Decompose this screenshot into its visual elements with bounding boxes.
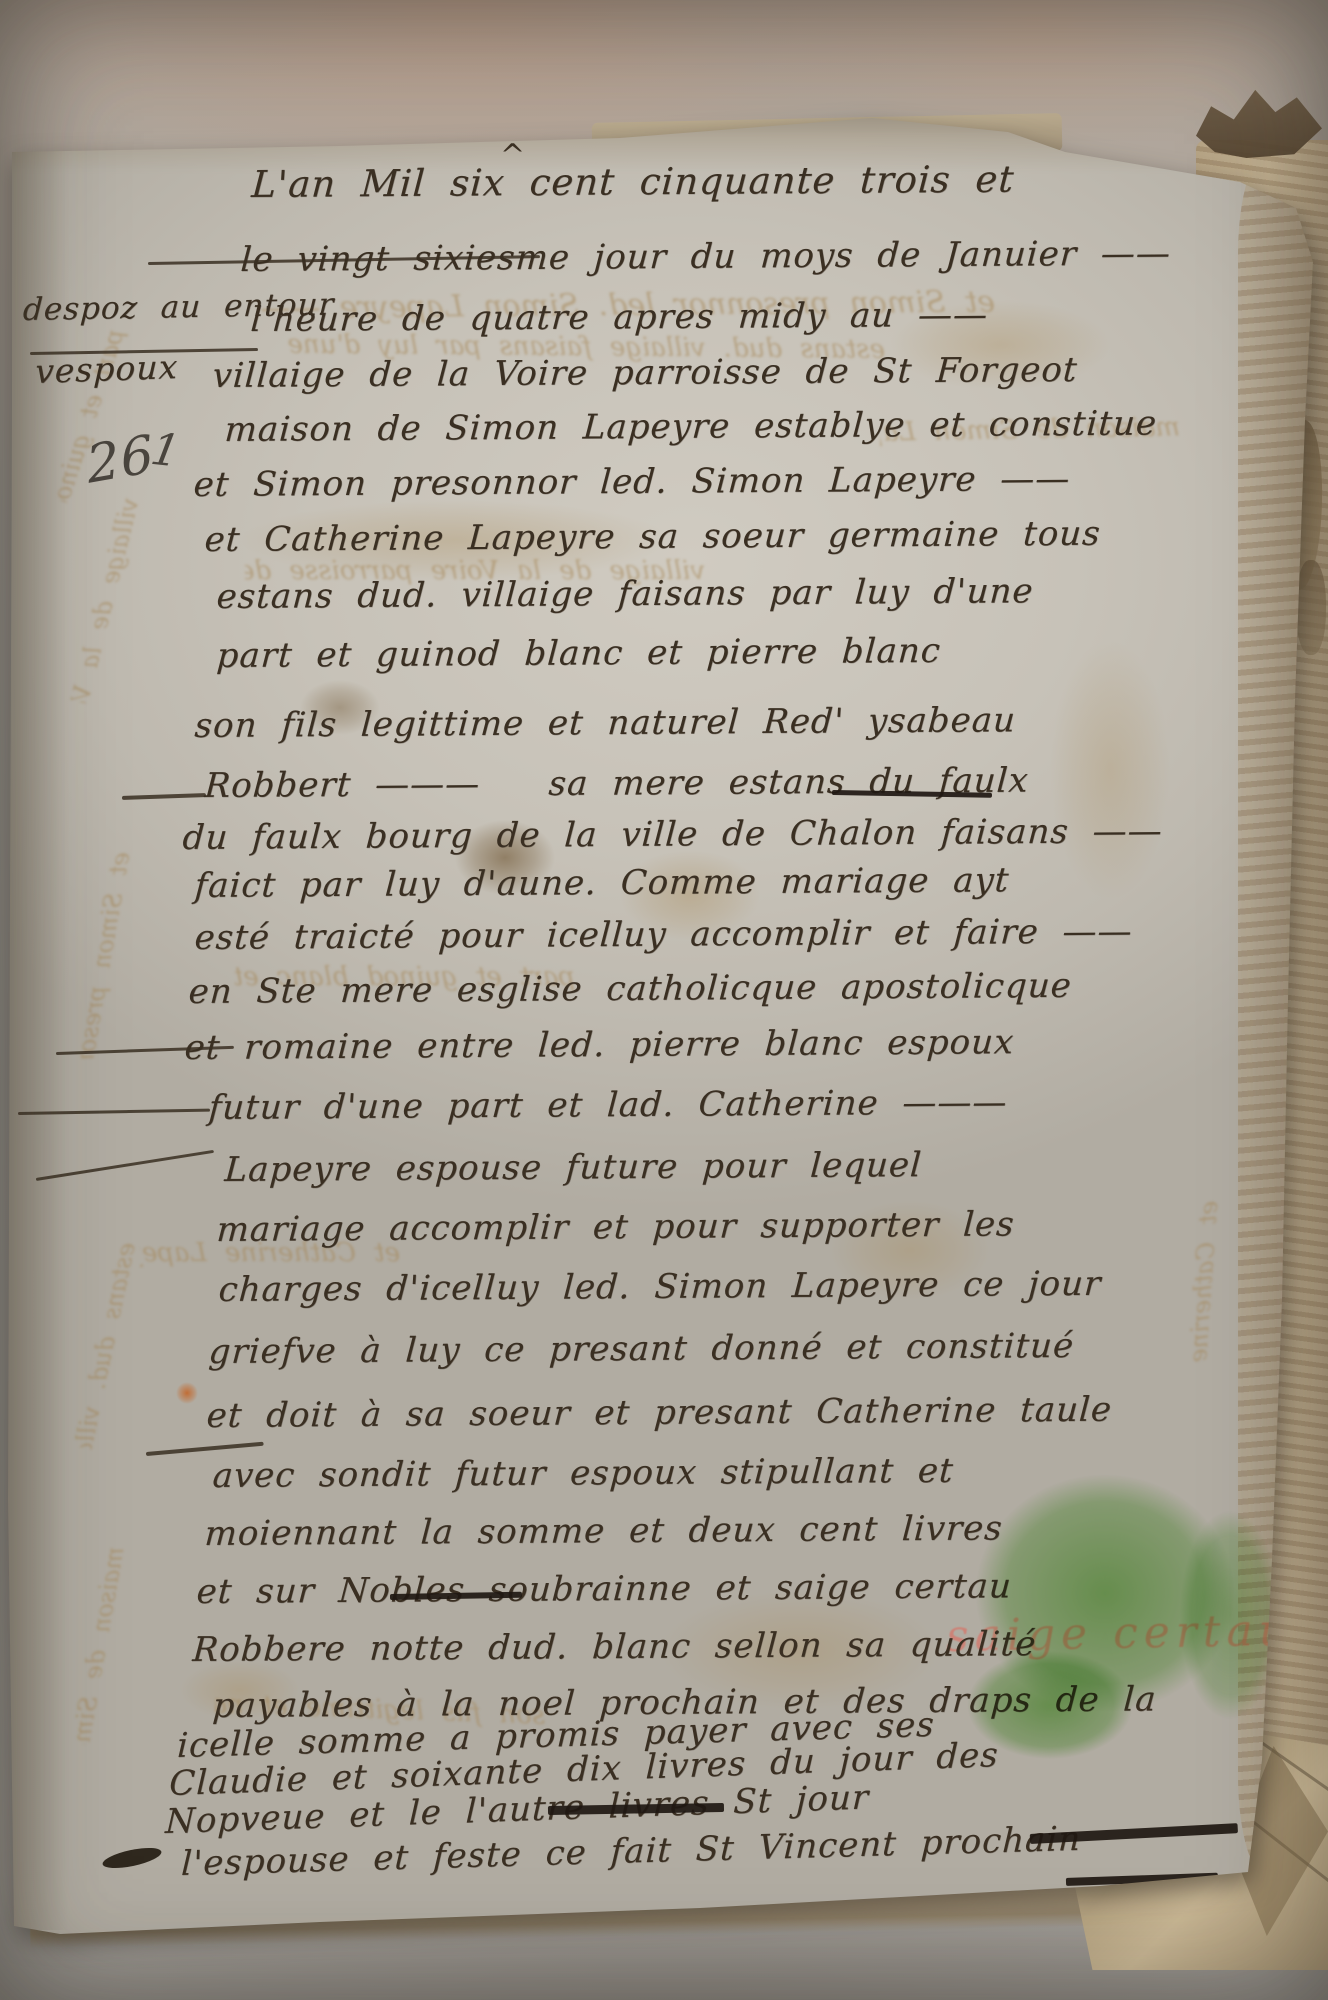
manuscript-line: du faulx bourg de la ville de Chalon fai…: [181, 811, 1163, 858]
manuscript-line: le vingt sixiesme jour du moys de Januie…: [239, 234, 1172, 281]
manuscript-line: maison de Simon Lapeyre establye et cons…: [223, 403, 1158, 450]
manuscript-line: estans dud. villaige faisans par luy d'u…: [215, 571, 1034, 617]
manuscript-line: L'an Mil six cent cinquante trois et: [250, 158, 1015, 206]
manuscript-line: l'heure de quatre apres midy au ——: [249, 295, 989, 340]
ink-blot: [101, 1844, 163, 1872]
manuscript-line: futur d'une part et lad. Catherine ———: [207, 1082, 1008, 1128]
manuscript-line: Robbert ———: [203, 764, 481, 806]
rust-spot: [176, 1382, 198, 1404]
manuscript-line: charges d'icelluy led. Simon Lapeyre ce …: [217, 1264, 1102, 1310]
manuscript-line: son fils legittime et naturel Red' ysabe…: [193, 700, 1017, 746]
manuscript-line: et Catherine Lapeyre sa soeur germaine t…: [203, 514, 1101, 560]
manuscript-line: Lapeyre espouse future pour lequel: [223, 1145, 923, 1190]
margin-note-phrase: despoz au entour: [22, 287, 335, 328]
manuscript-line: sa mere estans du faulx: [547, 761, 1030, 804]
manuscript-line: et doit à sa soeur et presant Catherine …: [205, 1390, 1113, 1436]
manuscript-page: et Simon presonnor led. Simon Lapeyre ——…: [0, 0, 1328, 2000]
ink-flourish: [122, 793, 206, 800]
manuscript-line: Robbere notte dud. blanc sellon sa quali…: [191, 1624, 1037, 1670]
green-stain: [935, 1630, 1165, 1780]
paper-stain: [1050, 640, 1170, 900]
manuscript-line: griefve à luy ce presant donné et consti…: [207, 1326, 1075, 1372]
bleedthrough-text: estans dud. villaige faisans par luy d'u…: [70, 1240, 144, 1452]
margin-number: 26: [84, 424, 157, 496]
manuscript-line: part et guinod blanc et pierre blanc: [215, 631, 942, 676]
margin-number: 1: [147, 424, 185, 477]
insertion-caret: ^: [500, 138, 525, 173]
bleedthrough-text: villaige de la Voire parroisse de St For…: [66, 495, 147, 706]
manuscript-page-wrap: et Simon presonnor led. Simon Lapeyre ——…: [0, 0, 1328, 2000]
manuscript-line: et Simon presonnor led. Simon Lapeyre ——: [192, 459, 1071, 505]
ink-flourish: [146, 1442, 264, 1456]
manuscript-line: faict par luy d'aune. Comme mariage ayt: [193, 860, 1010, 906]
bleedthrough-text: et Simon presonnor led. Simon Lapeyre ——: [71, 849, 138, 1061]
manuscript-line: villaige de la Voire parroisse de St For…: [211, 350, 1078, 396]
manuscript-line: moiennant la somme et deux cent livres: [203, 1508, 1004, 1554]
strikethrough-mark: [1066, 1873, 1218, 1886]
bleedthrough-text: et Catherine Lapeyre sa soeur germaine t…: [1184, 1200, 1227, 1372]
manuscript-line: en Ste mere esglise catholicque apostoli…: [187, 966, 1073, 1012]
manuscript-line: avec sondit futur espoux stipullant et: [211, 1451, 954, 1496]
left-edge-shading: [8, 150, 68, 1930]
manuscript-line: esté traicté pour icelluy accomplir et f…: [193, 911, 1133, 958]
bleedthrough-text: maison de Simon Lapeyre establye et cons…: [67, 1544, 132, 1746]
manuscript-line: et romaine entre led. pierre blanc espou…: [183, 1022, 1015, 1068]
green-stain: [1160, 1470, 1300, 1760]
manuscript-line: et sur Nobles soubrainne et saige certau: [195, 1566, 1013, 1612]
photograph: et Simon presonnor led. Simon Lapeyre ——…: [0, 0, 1328, 2000]
ink-flourish: [516, 125, 578, 139]
manuscript-line: mariage accomplir et pour supporter les: [215, 1204, 1015, 1250]
